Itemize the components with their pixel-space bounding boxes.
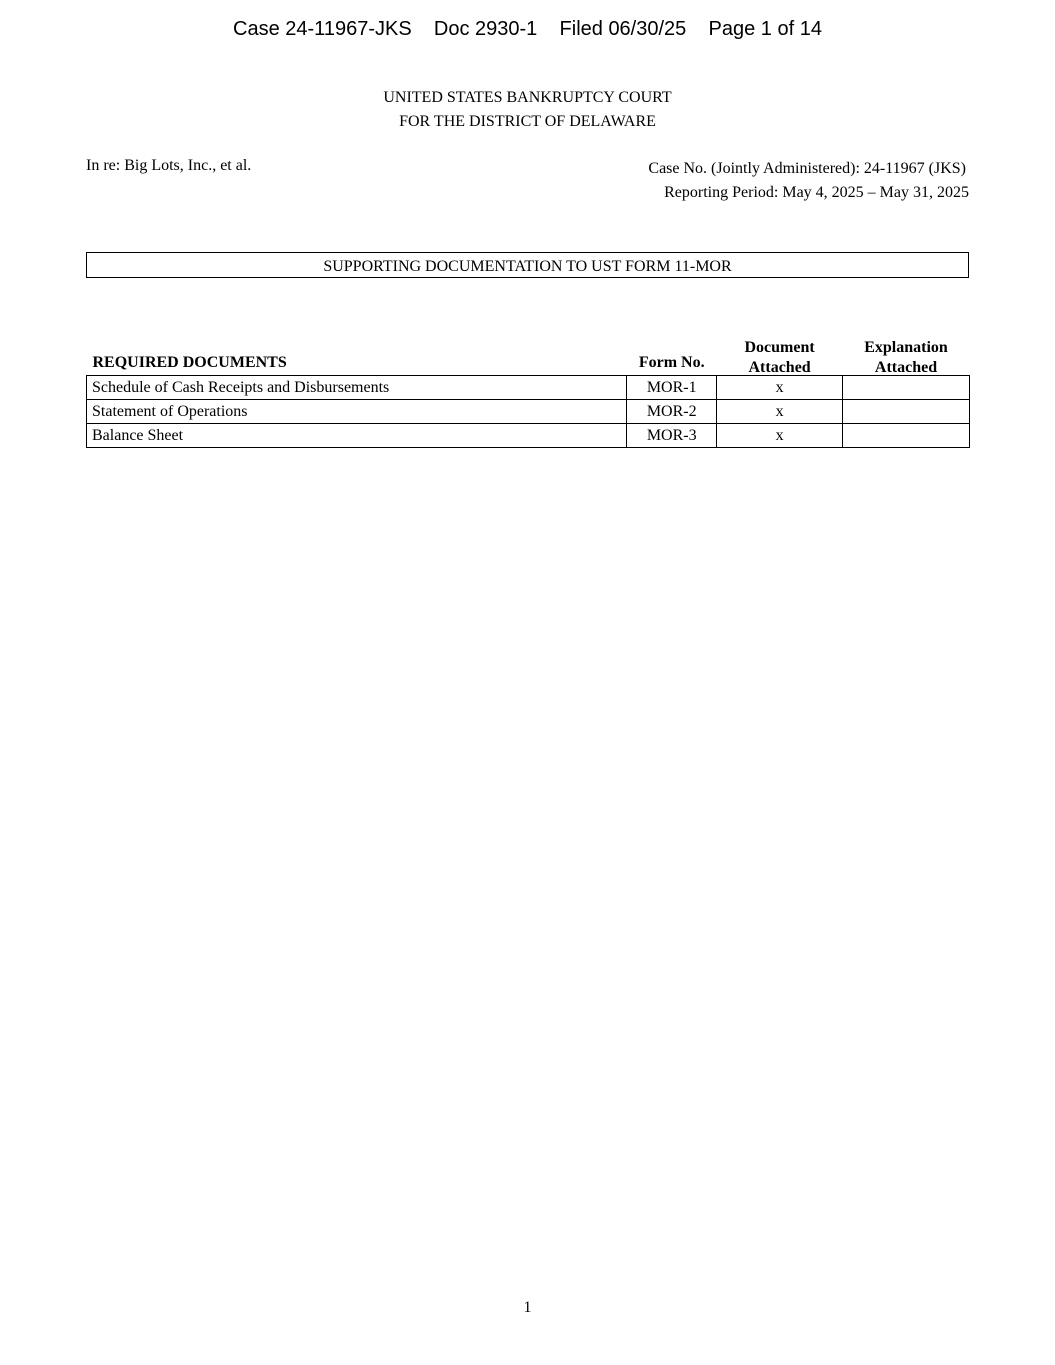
in-re-debtor: In re: Big Lots, Inc., et al.: [86, 157, 251, 175]
case-number: Case No. (Jointly Administered): 24-1196…: [648, 157, 969, 181]
row-explanation-attached: [843, 424, 970, 448]
row-form-no: MOR-3: [627, 424, 717, 448]
required-documents-table: REQUIRED DOCUMENTS Form No. Document Att…: [86, 338, 970, 448]
stamp-page: Page 1 of 14: [709, 18, 822, 40]
header-explanation-attached: Explanation Attached: [843, 338, 970, 376]
court-name: UNITED STATES BANKRUPTCY COURT: [0, 86, 1055, 110]
row-document-name: Balance Sheet: [87, 424, 627, 448]
header-explanation-attached-label: Explanation Attached: [843, 338, 970, 375]
header-form-no: Form No.: [627, 338, 717, 376]
court-district: FOR THE DISTRICT OF DELAWARE: [0, 110, 1055, 134]
header-document-attached-label: Document Attached: [717, 338, 843, 375]
table-row: Balance Sheet MOR-3 x: [87, 424, 970, 448]
page-number: 1: [0, 1299, 1055, 1317]
filing-stamp: Case 24-11967-JKS Doc 2930-1 Filed 06/30…: [0, 18, 1055, 41]
row-document-name: Schedule of Cash Receipts and Disburseme…: [87, 376, 627, 400]
table-row: Schedule of Cash Receipts and Disburseme…: [87, 376, 970, 400]
row-explanation-attached: [843, 400, 970, 424]
row-form-no: MOR-1: [627, 376, 717, 400]
row-document-attached: x: [717, 376, 843, 400]
row-document-name: Statement of Operations: [87, 400, 627, 424]
row-form-no: MOR-2: [627, 400, 717, 424]
row-document-attached: x: [717, 424, 843, 448]
case-info: Case No. (Jointly Administered): 24-1196…: [648, 157, 969, 205]
stamp-doc: Doc 2930-1: [434, 18, 537, 40]
stamp-filed: Filed 06/30/25: [560, 18, 687, 40]
header-document-attached: Document Attached: [717, 338, 843, 376]
header-required-documents: REQUIRED DOCUMENTS: [87, 338, 627, 376]
reporting-period: Reporting Period: May 4, 2025 – May 31, …: [648, 181, 969, 205]
court-heading: UNITED STATES BANKRUPTCY COURT FOR THE D…: [0, 86, 1055, 134]
row-document-attached: x: [717, 400, 843, 424]
form-banner: SUPPORTING DOCUMENTATION TO UST FORM 11-…: [86, 252, 969, 278]
table-row: Statement of Operations MOR-2 x: [87, 400, 970, 424]
table-header-row: REQUIRED DOCUMENTS Form No. Document Att…: [87, 338, 970, 376]
row-explanation-attached: [843, 376, 970, 400]
stamp-case: Case 24-11967-JKS: [233, 18, 412, 40]
